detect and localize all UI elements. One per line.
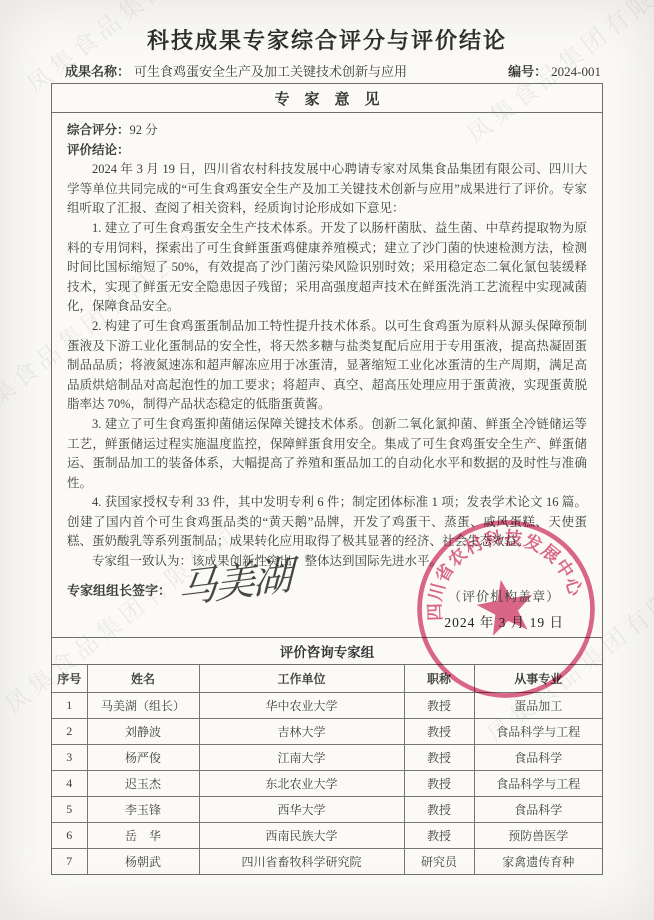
table-row: 2 刘静波 吉林大学 教授 食品科学与工程 [52,719,602,745]
expert-index: 2 [52,719,87,745]
stamp-caption-block: （评价机构盖章） 2024 年 3 月 19 日 [444,587,564,633]
expert-specialty: 食品科学与工程 [474,771,602,797]
expert-index: 4 [52,771,87,797]
column-header: 序号 [52,665,87,693]
expert-index: 3 [52,745,87,771]
opinion-paragraph: 4. 获国家授权专利 33 件，其中发明专利 6 件；制定团体标准 1 项；发表… [67,493,587,552]
signature-handwriting: 马美湖 [177,556,291,610]
expert-title: 教授 [404,693,474,719]
expert-name: 马美湖（组长） [87,693,199,719]
expert-title: 教授 [404,771,474,797]
column-header: 姓名 [87,665,199,693]
expert-name: 杨严俊 [87,745,199,771]
table-row: 5 李玉锋 西华大学 教授 食品科学 [52,797,602,823]
expert-title: 教授 [404,797,474,823]
document-number-value: 2024-001 [551,64,601,80]
expert-organization: 江南大学 [199,745,404,771]
opinion-paragraph: 2024 年 3 月 19 日，四川省农村科技发展中心聘请专家对凤集食品集团有限… [67,160,587,219]
expert-specialty: 预防兽医学 [474,823,602,849]
expert-specialty: 食品科学与工程 [474,719,602,745]
expert-name: 李玉锋 [87,797,199,823]
expert-organization: 四川省畜牧科学研究院 [199,849,404,875]
expert-name: 岳 华 [87,823,199,849]
expert-index: 5 [52,797,87,823]
group-leader-signature-label: 专家组组长签字： [67,581,171,601]
expert-opinion-body: 综合评分：92 分 评价结论： 2024 年 3 月 19 日，四川省农村科技发… [52,113,602,637]
document-frame: 专 家 意 见 综合评分：92 分 评价结论： 2024 年 3 月 19 日，… [51,83,603,875]
expert-index: 7 [52,849,87,875]
overall-score-value: 92 分 [130,123,158,137]
expert-index: 1 [52,693,87,719]
table-row: 3 杨严俊 江南大学 教授 食品科学 [52,745,602,771]
document-page: 凤集食品集团有限公司 凤集食品集团有限公司 凤集食品集团有限公司 凤集食品集团有… [0,0,654,920]
watermark-text: 凤集食品集团有限公司 [150,0,400,2]
expert-title: 教授 [404,823,474,849]
expert-title: 教授 [404,745,474,771]
expert-organization: 西南民族大学 [199,823,404,849]
expert-name: 杨朝武 [87,849,199,875]
expert-organization: 东北农业大学 [199,771,404,797]
expert-organization: 西华大学 [199,797,404,823]
expert-index: 6 [52,823,87,849]
expert-organization: 华中农业大学 [199,693,404,719]
column-header: 从事专业 [474,665,602,693]
table-header-row: 序号 姓名 工作单位 职称 从事专业 [52,665,602,693]
page-title: 科技成果专家综合评分与评价结论 [20,24,634,55]
evaluation-conclusion-label: 评价结论： [67,141,587,161]
table-row: 6 岳 华 西南民族大学 教授 预防兽医学 [52,823,602,849]
expert-specialty: 蛋品加工 [474,693,602,719]
opinion-paragraph: 3. 建立了可生食鸡蛋抑菌储运保障关键技术体系。创新二氧化氯抑菌、鲜蛋全冷链储运… [67,415,587,493]
table-row: 4 迟玉杰 东北农业大学 教授 食品科学与工程 [52,771,602,797]
expert-name: 刘静波 [87,719,199,745]
table-row: 1 马美湖（组长） 华中农业大学 教授 蛋品加工 [52,693,602,719]
signature-row: 专家组组长签字： 马美湖 [67,571,291,611]
expert-specialty: 食品科学 [474,797,602,823]
meta-row: 成果名称： 可生食鸡蛋安全生产及加工关键技术创新与应用 编号： 2024-001 [51,61,603,80]
table-row: 7 杨朝武 四川省畜牧科学研究院 研究员 家禽遗传育种 [52,849,602,875]
expert-name: 迟玉杰 [87,771,199,797]
expert-title: 研究员 [404,849,474,875]
expert-group-section-title: 评价咨询专家组 [52,637,602,664]
overall-score-label: 综合评分： [67,123,130,137]
achievement-name-value: 可生食鸡蛋安全生产及加工关键技术创新与应用 [134,61,407,80]
opinion-conclusion-statement: 专家组一致认为：该成果创新性突出，整体达到国际先进水平。 [67,552,587,572]
expert-group-table: 序号 姓名 工作单位 职称 从事专业 1 马美湖（组长） 华中农业大学 教授 蛋… [52,664,602,874]
column-header: 工作单位 [199,665,404,693]
expert-specialty: 家禽遗传育种 [474,849,602,875]
stamp-date: 2024 年 3 月 19 日 [444,613,564,633]
opinion-paragraph: 2. 构建了可生食鸡蛋蛋制品加工特性提升技术体系。以可生食鸡蛋为原料从源头保障预… [67,317,587,415]
stamp-caption: （评价机构盖章） [444,587,564,607]
column-header: 职称 [404,665,474,693]
document-number-label: 编号： [508,61,547,80]
expert-title: 教授 [404,719,474,745]
expert-opinion-header: 专 家 意 见 [52,84,602,113]
expert-specialty: 食品科学 [474,745,602,771]
expert-organization: 吉林大学 [199,719,404,745]
opinion-paragraph: 1. 建立了可生食鸡蛋安全生产技术体系。开发了以肠杆菌肽、益生菌、中草药提取物为… [67,219,587,317]
overall-score-line: 综合评分：92 分 [67,121,587,141]
achievement-name-label: 成果名称： [65,61,130,80]
